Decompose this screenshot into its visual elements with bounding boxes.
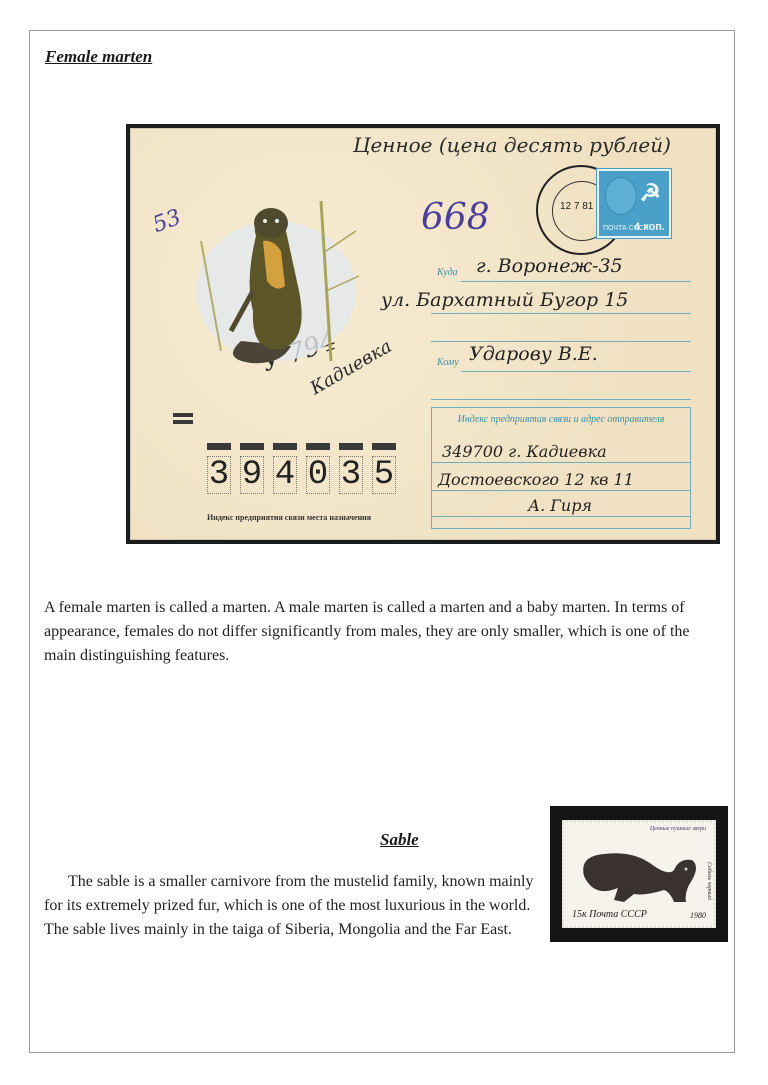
sender-address-box: Индекс предприятия связи и адрес отправи… bbox=[431, 407, 691, 529]
state-emblem-icon bbox=[605, 177, 637, 215]
envelope-cover: Ценное (цена десять рублей) 53 668 У 794… bbox=[130, 128, 716, 540]
postal-code-marker bbox=[173, 413, 193, 427]
zip-digit: 3 bbox=[339, 456, 363, 494]
handwritten-value-note: Ценное (цена десять рублей) bbox=[353, 133, 671, 157]
sable-stamp-price: 15к Почта СССР bbox=[572, 909, 647, 920]
sender-line3: А. Гиря bbox=[528, 496, 592, 515]
zip-digit: 9 bbox=[240, 456, 264, 494]
sable-stamp: Ценные пушные звери Соболь черный 15к По… bbox=[562, 820, 716, 928]
sable-stamp-year: 1980 bbox=[690, 911, 706, 920]
zip-digit: 5 bbox=[372, 456, 396, 494]
hammer-sickle-icon: ☭ bbox=[639, 179, 661, 208]
stamp-denomination: 4 коп. bbox=[634, 221, 665, 233]
sable-stamp-side-caption: Соболь черный bbox=[706, 862, 712, 900]
postmark-date: 12 7 81 bbox=[560, 201, 593, 212]
zip-digit: 3 bbox=[207, 456, 231, 494]
zip-digit: 0 bbox=[306, 456, 330, 494]
sable-illustration bbox=[574, 836, 704, 914]
sable-paragraph: The sable is a smaller carnivore from th… bbox=[44, 870, 544, 942]
female-marten-paragraph: A female marten is called a marten. A ma… bbox=[44, 596, 724, 668]
address-recipient-name: Ударову В.Е. bbox=[469, 343, 598, 365]
sender-line2: Достоевского 12 кв 11 bbox=[438, 470, 634, 489]
address-to-label: Кому bbox=[437, 357, 459, 368]
section-heading-sable: Sable bbox=[380, 830, 419, 850]
address-where-line2: ул. Бархатный Бугор 15 bbox=[381, 289, 628, 311]
sender-box-title: Индекс предприятия связи и адрес отправи… bbox=[432, 414, 690, 426]
address-where-label: Куда bbox=[437, 267, 458, 278]
address-where-line1: г. Воронеж-35 bbox=[476, 255, 623, 277]
postal-code-boxes: 3 9 4 0 3 5 bbox=[207, 443, 396, 494]
marten-illustration bbox=[181, 181, 361, 371]
section-heading-female-marten: Female marten bbox=[45, 47, 152, 67]
sable-stamp-caption: Ценные пушные звери bbox=[650, 826, 706, 833]
postal-code-caption: Индекс предприятия связи места назначени… bbox=[207, 513, 371, 522]
zip-digit: 4 bbox=[273, 456, 297, 494]
sable-stamp-image: Ценные пушные звери Соболь черный 15к По… bbox=[550, 806, 728, 942]
handwritten-purple-mark: 53 bbox=[150, 205, 185, 238]
handwritten-registration-number: 668 bbox=[421, 197, 490, 238]
envelope-image: Ценное (цена десять рублей) 53 668 У 794… bbox=[126, 124, 720, 544]
sender-line1: 349700 г. Кадиевка bbox=[442, 442, 607, 461]
postage-stamp: ☭ ПОЧТА СССР 4 коп. bbox=[597, 169, 671, 238]
